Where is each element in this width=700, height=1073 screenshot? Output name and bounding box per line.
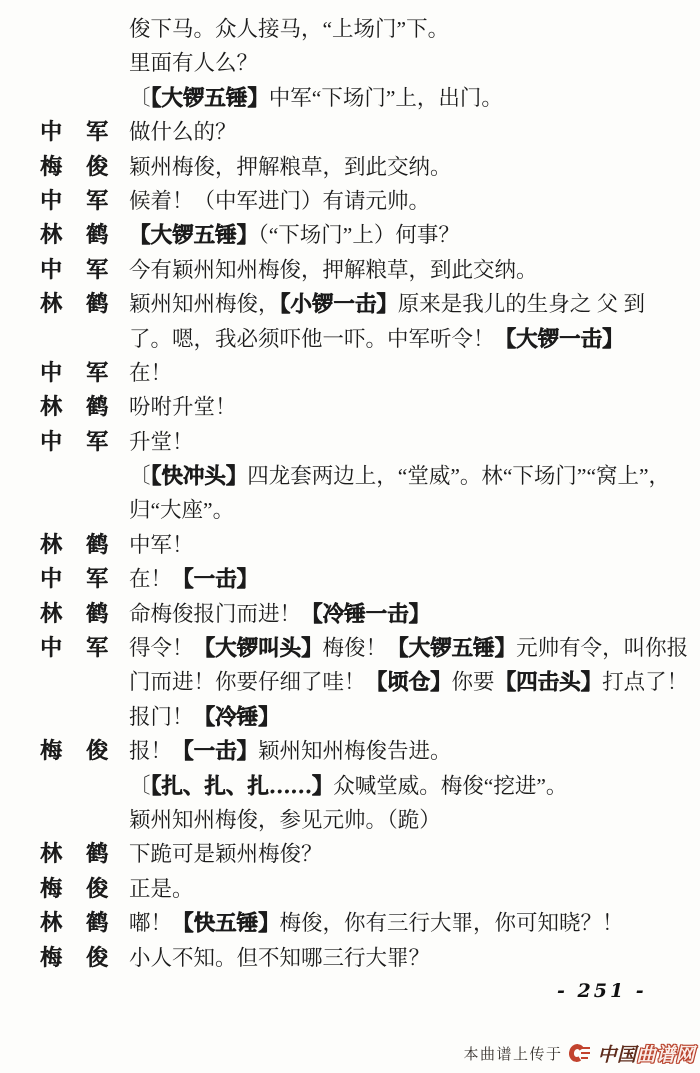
- script-line: 林 鹤中军！: [0, 526, 700, 560]
- percussion-notation: 【一击】: [172, 567, 258, 591]
- script-line: 林 鹤下跪可是颖州梅俊？: [0, 835, 700, 869]
- script-line: 林 鹤嘟！【快五锤】梅俊，你有三行大罪，你可知晓？！: [0, 904, 700, 938]
- script-line: 里面有人么？: [0, 44, 700, 78]
- dialogue-text: 了。嗯，我必须吓他一吓。中军听令！【大锣一击】: [129, 322, 692, 353]
- speaker-name: 林 鹤: [40, 906, 109, 937]
- site-watermark: 本曲谱上传于 中国曲谱网: [463, 1040, 695, 1067]
- dialogue-segment: 做什么的？: [129, 120, 237, 144]
- dialogue-segment: 颖州梅俊，押解粮草，到此交纳。: [129, 155, 452, 179]
- speaker-name: 林 鹤: [40, 528, 109, 559]
- dialogue-text: 门而进！你要仔细了哇！【顷仓】你要【四击头】打点了！: [129, 665, 692, 696]
- dialogue-text: 〔【快冲头】四龙套两边上，“堂威”。林“下场门”“窝上”，: [129, 459, 692, 490]
- dialogue-text: 颖州知州梅俊，参见元帅。（跪）: [129, 803, 692, 834]
- dialogue-segment: 元帅有令，叫你报: [516, 636, 688, 660]
- dialogue-segment: 了。嗯，我必须吓他一吓。中军听令！: [129, 327, 495, 351]
- dialogue-segment: 嘟！: [129, 911, 172, 935]
- dialogue-text: 命梅俊报门而进！【冷锤一击】: [129, 597, 692, 628]
- dialogue-text: 小人不知。但不知哪三行大罪？: [129, 941, 692, 972]
- script-line: 颖州知州梅俊，参见元帅。（跪）: [0, 801, 700, 835]
- dialogue-segment: 升堂！: [129, 430, 194, 454]
- dialogue-segment: 梅俊，你有三行大罪，你可知晓？！: [280, 911, 624, 935]
- script-line: 报门！【冷锤】: [0, 698, 700, 732]
- dialogue-segment: 〔: [129, 774, 151, 798]
- dialogue-segment: 报门！: [129, 705, 194, 729]
- dialogue-segment: 中军“下场门”上，出门。: [269, 86, 503, 110]
- site-name-cn: 中国: [597, 1045, 636, 1066]
- dialogue-segment: 吩咐升堂！: [129, 395, 237, 419]
- dialogue-text: 做什么的？: [129, 115, 692, 146]
- dialogue-text: 报门！【冷锤】: [129, 700, 692, 731]
- script-line: 梅 俊颖州梅俊，押解粮草，到此交纳。: [0, 148, 700, 182]
- speaker-name: 林 鹤: [40, 218, 109, 249]
- dialogue-text: 颖州知州梅俊，【小锣一击】原来是我儿的生身之 父 到: [129, 287, 692, 318]
- script-line: 〔【大锣五锤】中军“下场门”上，出门。: [0, 79, 700, 113]
- quyipu-logo-icon: [569, 1043, 590, 1064]
- dialogue-segment: 小人不知。但不知哪三行大罪？: [129, 946, 430, 970]
- dialogue-segment: 报！: [129, 739, 172, 763]
- script-line: 林 鹤颖州知州梅俊，【小锣一击】原来是我儿的生身之 父 到: [0, 285, 700, 319]
- dialogue-segment: 里面有人么？: [129, 51, 258, 75]
- speaker-name: 林 鹤: [40, 837, 109, 868]
- script-line: 中 军候着！（中军进门）有请元帅。: [0, 182, 700, 216]
- script-line: 林 鹤【大锣五锤】（“下场门”上）何事？: [0, 216, 700, 250]
- dialogue-text: 今有颖州知州梅俊，押解粮草，到此交纳。: [129, 253, 692, 284]
- speaker-name: 中 军: [40, 115, 109, 146]
- percussion-notation: 【一击】: [172, 739, 258, 763]
- script-line: 中 军做什么的？: [0, 113, 700, 147]
- site-name-qpw: 曲谱网: [636, 1045, 695, 1066]
- dialogue-segment: 颖州知州梅俊，: [129, 292, 280, 316]
- script-line: 中 军得令！【大锣叫头】梅俊！【大锣五锤】元帅有令，叫你报: [0, 629, 700, 663]
- dialogue-text: 正是。: [129, 872, 692, 903]
- dialogue-segment: 梅俊！: [323, 636, 388, 660]
- dialogue-segment: 在！: [129, 361, 172, 385]
- percussion-notation: 【扎、扎、扎……】: [151, 774, 334, 798]
- percussion-notation: 【大锣五锤】: [387, 636, 516, 660]
- speaker-name: 林 鹤: [40, 390, 109, 421]
- dialogue-text: 归“大座”。: [129, 493, 692, 524]
- dialogue-segment: 在！: [129, 567, 172, 591]
- speaker-name: 中 军: [40, 425, 109, 456]
- dialogue-text: 吩咐升堂！: [129, 390, 692, 421]
- percussion-notation: 【大锣一击】: [495, 327, 624, 351]
- dialogue-segment: 〔: [129, 86, 151, 110]
- percussion-notation: 【小锣一击】: [280, 292, 398, 316]
- dialogue-text: 在！: [129, 356, 692, 387]
- script-line: 中 军在！【一击】: [0, 560, 700, 594]
- dialogue-segment: 候着！（中军进门）有请元帅。: [129, 189, 430, 213]
- dialogue-text: 〔【大锣五锤】中军“下场门”上，出门。: [129, 81, 692, 112]
- script-line: 俊下马。众人接马，“上场门”下。: [0, 10, 700, 44]
- script-line: 归“大座”。: [0, 491, 700, 525]
- percussion-notation: 【快冲头】: [151, 464, 248, 488]
- dialogue-text: 颖州梅俊，押解粮草，到此交纳。: [129, 150, 692, 181]
- site-name: 中国曲谱网: [597, 1040, 695, 1067]
- dialogue-segment: 颖州知州梅俊告进。: [258, 739, 452, 763]
- speaker-name: 梅 俊: [40, 150, 109, 181]
- dialogue-segment: 命梅俊报门而进！: [129, 602, 301, 626]
- percussion-notation: 【大锣五锤】: [129, 223, 258, 247]
- logo-bar: [581, 1057, 588, 1059]
- script-line: 中 军升堂！: [0, 423, 700, 457]
- watermark-prefix-text: 本曲谱上传于: [463, 1043, 562, 1064]
- logo-bar: [581, 1052, 590, 1054]
- script-line: 中 军在！: [0, 354, 700, 388]
- percussion-notation: 【冷锤一击】: [301, 602, 430, 626]
- dialogue-segment: （“下场门”上）何事？: [258, 223, 460, 247]
- script-page: 俊下马。众人接马，“上场门”下。里面有人么？〔【大锣五锤】中军“下场门”上，出门…: [0, 0, 700, 1073]
- dialogue-text: 报！【一击】颖州知州梅俊告进。: [129, 734, 692, 765]
- script-line: 〔【快冲头】四龙套两边上，“堂威”。林“下场门”“窝上”，: [0, 457, 700, 491]
- dialogue-text: 下跪可是颖州梅俊？: [129, 837, 692, 868]
- dialogue-text: 嘟！【快五锤】梅俊，你有三行大罪，你可知晓？！: [129, 906, 692, 937]
- dialogue-segment: 今有颖州知州梅俊，押解粮草，到此交纳。: [129, 258, 538, 282]
- dialogue-text: 升堂！: [129, 425, 692, 456]
- script-line: 梅 俊小人不知。但不知哪三行大罪？: [0, 939, 700, 973]
- page-number: - 251 -: [557, 980, 647, 1002]
- dialogue-segment: 颖州知州梅俊，参见元帅。（跪）: [129, 808, 441, 832]
- dialogue-segment: 原来是我儿的生身之 父 到: [398, 292, 645, 316]
- script-line: 林 鹤吩咐升堂！: [0, 388, 700, 422]
- percussion-notation: 【大锣叫头】: [194, 636, 323, 660]
- script-line: 门而进！你要仔细了哇！【顷仓】你要【四击头】打点了！: [0, 663, 700, 697]
- dialogue-segment: 众喊堂威。梅俊“挖进”。: [333, 774, 567, 798]
- dialogue-segment: 你要: [452, 670, 495, 694]
- script-body: 俊下马。众人接马，“上场门”下。里面有人么？〔【大锣五锤】中军“下场门”上，出门…: [0, 10, 700, 973]
- dialogue-text: 俊下马。众人接马，“上场门”下。: [129, 12, 692, 43]
- dialogue-segment: 正是。: [129, 877, 194, 901]
- speaker-name: 林 鹤: [40, 597, 109, 628]
- speaker-name: 中 军: [40, 631, 109, 662]
- dialogue-segment: 俊下马。众人接马，“上场门”下。: [129, 17, 449, 41]
- speaker-name: 中 军: [40, 562, 109, 593]
- percussion-notation: 【冷锤】: [194, 705, 280, 729]
- script-line: 林 鹤命梅俊报门而进！【冷锤一击】: [0, 595, 700, 629]
- speaker-name: 梅 俊: [40, 941, 109, 972]
- script-line: 梅 俊报！【一击】颖州知州梅俊告进。: [0, 732, 700, 766]
- percussion-notation: 【四击头】: [495, 670, 603, 694]
- percussion-notation: 【快五锤】: [172, 911, 280, 935]
- dialogue-segment: 中军！: [129, 533, 194, 557]
- dialogue-segment: 四龙套两边上，“堂威”。林“下场门”“窝上”，: [247, 464, 670, 488]
- dialogue-text: 候着！（中军进门）有请元帅。: [129, 184, 692, 215]
- speaker-name: 梅 俊: [40, 734, 109, 765]
- percussion-notation: 【大锣五锤】: [151, 86, 269, 110]
- speaker-name: 中 军: [40, 253, 109, 284]
- dialogue-segment: 得令！: [129, 636, 194, 660]
- speaker-name: 中 军: [40, 356, 109, 387]
- logo-bar: [581, 1047, 590, 1049]
- dialogue-segment: 下跪可是颖州梅俊？: [129, 842, 323, 866]
- speaker-name: 林 鹤: [40, 287, 109, 318]
- dialogue-text: 〔【扎、扎、扎……】众喊堂威。梅俊“挖进”。: [129, 769, 692, 800]
- dialogue-segment: 归“大座”。: [129, 498, 234, 522]
- dialogue-segment: 〔: [129, 464, 151, 488]
- dialogue-text: 在！【一击】: [129, 562, 692, 593]
- dialogue-text: 【大锣五锤】（“下场门”上）何事？: [129, 218, 692, 249]
- script-line: 了。嗯，我必须吓他一吓。中军听令！【大锣一击】: [0, 320, 700, 354]
- dialogue-segment: 门而进！你要仔细了哇！: [129, 670, 366, 694]
- dialogue-text: 得令！【大锣叫头】梅俊！【大锣五锤】元帅有令，叫你报: [129, 631, 692, 662]
- dialogue-text: 里面有人么？: [129, 46, 692, 77]
- script-line: 梅 俊正是。: [0, 870, 700, 904]
- percussion-notation: 【顷仓】: [366, 670, 452, 694]
- speaker-name: 梅 俊: [40, 872, 109, 903]
- dialogue-segment: 打点了！: [602, 670, 688, 694]
- script-line: 中 军今有颖州知州梅俊，押解粮草，到此交纳。: [0, 251, 700, 285]
- script-line: 〔【扎、扎、扎……】众喊堂威。梅俊“挖进”。: [0, 767, 700, 801]
- dialogue-text: 中军！: [129, 528, 692, 559]
- speaker-name: 中 军: [40, 184, 109, 215]
